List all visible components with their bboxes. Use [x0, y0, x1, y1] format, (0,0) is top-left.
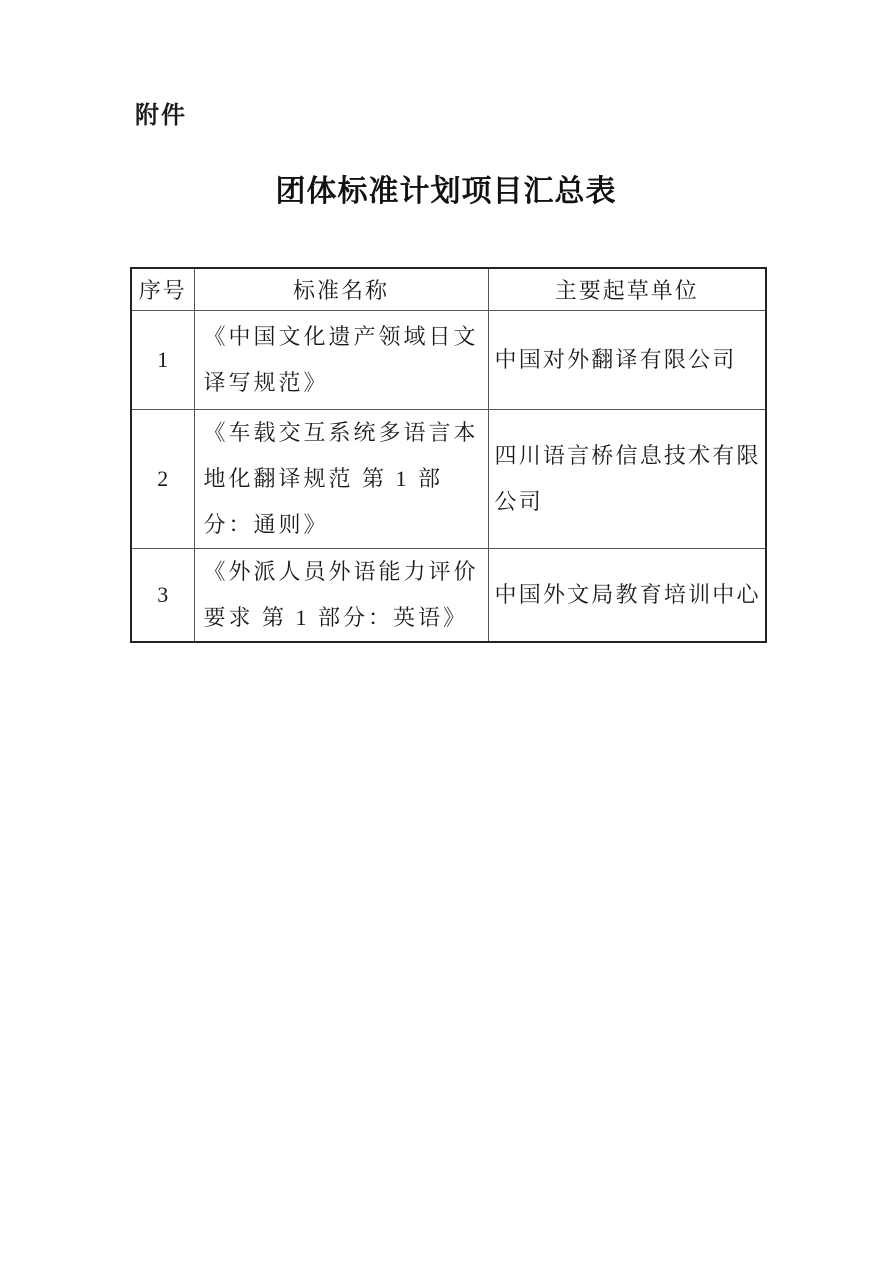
cell-drafting-unit: 中国对外翻译有限公司 [488, 310, 766, 409]
page-title: 团体标准计划项目汇总表 [0, 172, 892, 212]
cell-standard-name: 《中国文化遗产领域日文译写规范》 [194, 310, 488, 409]
cell-serial-number: 1 [131, 310, 194, 409]
cell-standard-name: 《外派人员外语能力评价要求 第 1 部分：英语》 [194, 548, 488, 642]
standards-summary-table: 序号 标准名称 主要起草单位 1 《中国文化遗产领域日文译写规范》 中国对外翻译… [130, 267, 767, 643]
document-page: 附件 团体标准计划项目汇总表 序号 标准名称 主要起草单位 1 《中国文化遗产领… [0, 0, 892, 1262]
cell-serial-number: 2 [131, 409, 194, 548]
table-row: 3 《外派人员外语能力评价要求 第 1 部分：英语》 中国外文局教育培训中心 [131, 548, 766, 642]
table-header-row: 序号 标准名称 主要起草单位 [131, 268, 766, 310]
table-row: 2 《车载交互系统多语言本地化翻译规范 第 1 部分：通则》 四川语言桥信息技术… [131, 409, 766, 548]
header-cell-drafting-unit: 主要起草单位 [488, 268, 766, 310]
header-cell-standard-name: 标准名称 [194, 268, 488, 310]
attachment-label: 附件 [135, 99, 187, 131]
header-cell-serial-number: 序号 [131, 268, 194, 310]
cell-standard-name: 《车载交互系统多语言本地化翻译规范 第 1 部分：通则》 [194, 409, 488, 548]
cell-drafting-unit: 四川语言桥信息技术有限公司 [488, 409, 766, 548]
cell-drafting-unit: 中国外文局教育培训中心 [488, 548, 766, 642]
table-row: 1 《中国文化遗产领域日文译写规范》 中国对外翻译有限公司 [131, 310, 766, 409]
cell-serial-number: 3 [131, 548, 194, 642]
